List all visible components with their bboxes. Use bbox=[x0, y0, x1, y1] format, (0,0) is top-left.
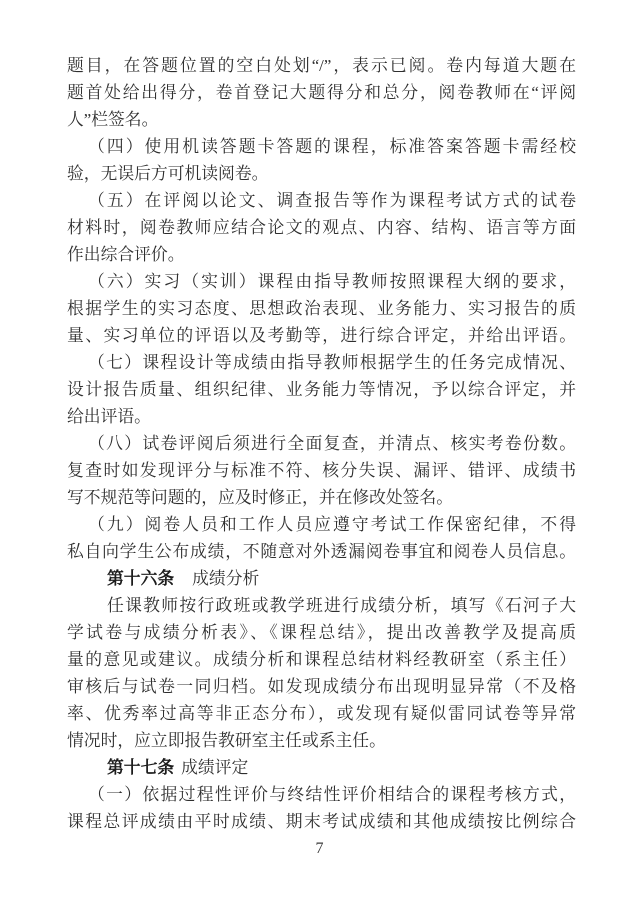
text-line: 课程总评成绩由平时成绩、期末考试成绩和其他成绩按比例综合 bbox=[67, 808, 576, 835]
text-line: 作出综合评价。 bbox=[67, 241, 576, 268]
text-line: （四）使用机读答题卡答题的课程，标准答案答题卡需经校 bbox=[67, 133, 576, 160]
text-line: （五）在评阅以论文、调查报告等作为课程考试方式的试卷 bbox=[67, 187, 576, 214]
text-line: （九）阅卷人员和工作人员应遵守考试工作保密纪律，不得 bbox=[67, 511, 576, 538]
text-line: （六）实习（实训）课程由指导教师按照课程大纲的要求， bbox=[67, 268, 576, 295]
page-number: 7 bbox=[0, 840, 639, 858]
article-number: 第十七条 bbox=[107, 758, 174, 777]
article-number: 第十六条 bbox=[107, 569, 174, 588]
text-line: 写不规范等问题的，应及时修正，并在修改处签名。 bbox=[67, 484, 576, 511]
text-line: 验，无误后方可机读阅卷。 bbox=[67, 160, 576, 187]
article-title: 成绩分析 bbox=[192, 569, 259, 588]
text-line: （八）试卷评阅后须进行全面复查，并清点、核实考卷份数。 bbox=[67, 430, 576, 457]
text-line: 任课教师按行政班或教学班进行成绩分析，填写《石河子大 bbox=[67, 592, 576, 619]
text-line: 审核后与试卷一同归档。如发现成绩分布出现明显异常（不及格 bbox=[67, 673, 576, 700]
text-line: 给出评语。 bbox=[67, 403, 576, 430]
article-title: 成绩评定 bbox=[181, 758, 248, 777]
text-line: 量的意见或建议。成绩分析和课程总结材料经教研室（系主任） bbox=[67, 646, 576, 673]
text-line: 率、优秀率过高等非正态分布），或发现有疑似雷同试卷等异常 bbox=[67, 700, 576, 727]
text-line: 题目，在答题位置的空白处划“/”，表示已阅。卷内每道大题在 bbox=[67, 52, 576, 79]
article-heading-17: 第十七条成绩评定 bbox=[67, 754, 576, 781]
text-line: 量、实习单位的评语以及考勤等，进行综合评定，并给出评语。 bbox=[67, 322, 576, 349]
text-line: 材料时，阅卷教师应结合论文的观点、内容、结构、语言等方面 bbox=[67, 214, 576, 241]
document-body: 题目，在答题位置的空白处划“/”，表示已阅。卷内每道大题在 题首处给出得分，卷首… bbox=[67, 52, 576, 835]
text-line: 人”栏签名。 bbox=[67, 106, 576, 133]
text-line: （一）依据过程性评价与终结性评价相结合的课程考核方式， bbox=[67, 781, 576, 808]
text-line: 学试卷与成绩分析表》、《课程总结》，提出改善教学及提高质 bbox=[67, 619, 576, 646]
text-line: 复查时如发现评分与标准不符、核分失误、漏评、错评、成绩书 bbox=[67, 457, 576, 484]
document-page: 题目，在答题位置的空白处划“/”，表示已阅。卷内每道大题在 题首处给出得分，卷首… bbox=[0, 0, 639, 905]
article-heading-16: 第十六条成绩分析 bbox=[67, 565, 576, 592]
text-line: 题首处给出得分，卷首登记大题得分和总分，阅卷教师在“评阅 bbox=[67, 79, 576, 106]
text-line: 情况时，应立即报告教研室主任或系主任。 bbox=[67, 727, 576, 754]
text-line: 私自向学生公布成绩，不随意对外透漏阅卷事宜和阅卷人员信息。 bbox=[67, 538, 576, 565]
text-line: （七）课程设计等成绩由指导教师根据学生的任务完成情况、 bbox=[67, 349, 576, 376]
text-line: 设计报告质量、组织纪律、业务能力等情况，予以综合评定，并 bbox=[67, 376, 576, 403]
text-line: 根据学生的实习态度、思想政治表现、业务能力、实习报告的质 bbox=[67, 295, 576, 322]
